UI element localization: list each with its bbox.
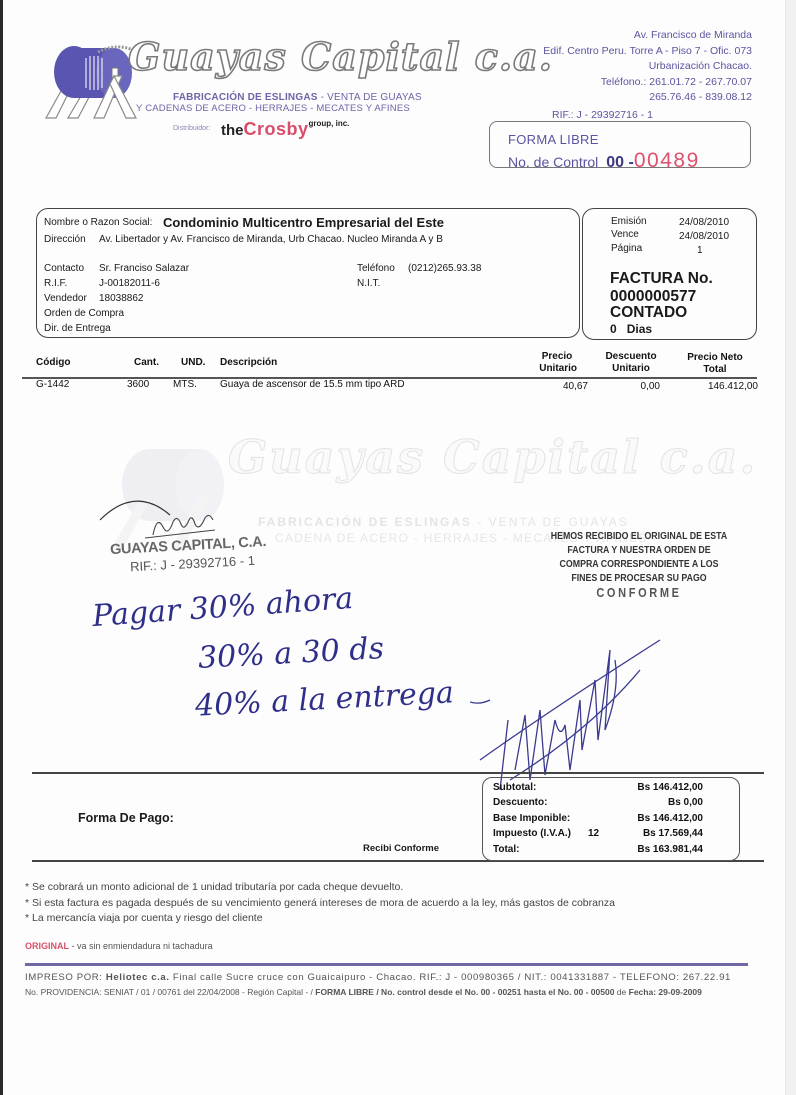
seller-value: 18038862 [99, 293, 144, 304]
discount-row: Descuento: Bs 0,00 [493, 797, 703, 808]
total-label: Total: [493, 844, 519, 855]
discount-label: Descuento: [493, 797, 547, 808]
row-qty: 3600 [127, 379, 149, 390]
control-number-box: FORMA LIBRE No. de Control00 -00489 [489, 121, 751, 168]
seller-label: Vendedor [44, 293, 87, 304]
watermark-logo-text: Guayas Capital c.a. [228, 430, 757, 484]
crosby-the: the [221, 122, 244, 139]
tax-value: Bs 17.569,44 [643, 828, 703, 839]
company-tagline: FABRICACIÓN DE ESLINGAS - VENTA DE GUAYA… [173, 92, 422, 103]
scan-edge-left [0, 0, 3, 1095]
order-label: Orden de Compra [44, 308, 124, 319]
credit-days: 0 Dias [610, 322, 652, 336]
distributor-label: Distribuidor: [173, 125, 210, 132]
crosby-name: Crosby [244, 119, 309, 139]
tax-rate: 12 [588, 828, 599, 839]
ack-line: FACTURA Y NUESTRA ORDEN DE [537, 544, 741, 558]
control-prefix: 00 - [606, 154, 634, 171]
col-net-line2: Total [680, 364, 750, 376]
col-net-total: Precio Neto Total [680, 352, 750, 376]
col-unit-price-line1: Precio [537, 351, 577, 363]
acknowledgement-stamp: HEMOS RECIBIDO EL ORIGINAL DE ESTA FACTU… [537, 530, 741, 600]
control-value: 00489 [634, 149, 700, 172]
customer-name: Condominio Multicentro Empresarial del E… [163, 215, 444, 230]
ack-line: FINES DE PROCESAR SU PAGO [537, 572, 741, 586]
company-logo-text: Guayas Capital c.a. [128, 34, 553, 79]
row-unit-price: 40,67 [520, 381, 588, 392]
address-line: Teléfono.: 261.01.72 - 267.70.07 [543, 75, 752, 91]
subtotal-row: Subtotal: Bs 146.412,00 [493, 782, 703, 793]
totals-top-rule [32, 772, 764, 774]
handwritten-line: Pagar 30% ahora [91, 581, 354, 634]
rif-label: R.I.F. [44, 278, 67, 289]
providencia-info: No. PROVIDENCIA: SENIAT / 01 / 00761 del… [25, 987, 702, 997]
days-value: 0 [610, 322, 617, 336]
address-label: Dirección [44, 234, 86, 245]
control-label: No. de Control [508, 154, 598, 170]
taxable-value: Bs 146.412,00 [637, 813, 703, 824]
note-line: * Se cobrará un monto adicional de 1 uni… [25, 880, 615, 896]
footer-rule [25, 963, 748, 966]
total-row: Total: Bs 163.981,44 [493, 844, 703, 855]
col-description: Descripción [220, 357, 277, 368]
original-text: - va sin enmiendadura ni tachadura [69, 941, 213, 951]
tax-label: Impuesto (I.V.A.) [493, 828, 571, 839]
footer-control-range: / No. control desde el No. 00 - 00251 ha… [374, 987, 614, 997]
page-label: Página [611, 243, 642, 254]
row-discount: 0,00 [600, 381, 660, 392]
discount-value: Bs 0,00 [668, 797, 703, 808]
taxable-row: Base Imponible: Bs 146.412,00 [493, 813, 703, 824]
row-unit: MTS. [173, 379, 197, 390]
due-date: 24/08/2010 [679, 231, 729, 242]
col-code: Código [36, 357, 70, 368]
company-rif: RIF.: J - 29392716 - 1 [552, 109, 653, 121]
watermark-tagline-rest: - VENTA DE GUAYAS [472, 515, 629, 529]
payment-method-label: Forma De Pago: [78, 811, 174, 825]
ack-line: HEMOS RECIBIDO EL ORIGINAL DE ESTA [537, 530, 741, 544]
address-line: Urbanización Chacao. [543, 59, 752, 75]
col-discount: Descuento Unitario [601, 351, 661, 375]
ack-line: COMPRA CORRESPONDIENTE A LOS [537, 558, 741, 572]
issue-date: 24/08/2010 [679, 217, 729, 228]
original-notice: ORIGINAL - va sin enmiendadura ni tachad… [25, 941, 213, 951]
customer-name-label: Nombre o Razon Social: [44, 217, 152, 228]
handwritten-line: 40% a la entrega [194, 675, 454, 724]
ack-conforme: CONFORME [537, 586, 741, 600]
note-line: * La mercancía viaja por cuenta y riesgo… [25, 911, 615, 927]
address-line: Av. Francisco de Miranda [543, 28, 752, 44]
crosby-logo: theCrosbygroup, inc. [221, 119, 349, 140]
subtotal-label: Subtotal: [493, 782, 536, 793]
buyer-signature-icon [470, 630, 670, 800]
col-unit-price-line2: Unitario [537, 363, 577, 375]
footer-forma-libre: FORMA LIBRE [315, 987, 374, 997]
row-code: G-1442 [36, 379, 69, 390]
crosby-suffix: group, inc. [309, 119, 350, 128]
days-label: Dias [627, 322, 652, 336]
providencia-text: No. PROVIDENCIA: SENIAT / 01 / 00761 del… [25, 987, 315, 997]
taxable-label: Base Imponible: [493, 813, 570, 824]
col-discount-line2: Unitario [601, 363, 661, 375]
original-label: ORIGINAL [25, 941, 69, 951]
nit-label: N.I.T. [357, 278, 380, 289]
totals-box: Subtotal: Bs 146.412,00 Descuento: Bs 0,… [482, 777, 740, 861]
company-tagline-line2: Y CADENAS DE ACERO - HERRAJES - MECATES … [136, 103, 410, 114]
received-label: Recibi Conforme [363, 843, 439, 854]
forma-libre-label: FORMA LIBRE [508, 132, 599, 147]
footer-date-prefix: de [614, 987, 628, 997]
printer-name: Heliotec c.a. [106, 972, 170, 983]
company-address: Av. Francisco de Miranda Edif. Centro Pe… [543, 28, 752, 106]
footer-date: Fecha: 29-09-2009 [629, 987, 702, 997]
printer-info: IMPRESO POR: Heliotec c.a. Final calle S… [25, 972, 731, 983]
watermark-tagline: FABRICACIÓN DE ESLINGAS - VENTA DE GUAYA… [258, 515, 629, 529]
col-discount-line1: Descuento [601, 351, 661, 363]
printer-details: Final calle Sucre cruce con Guaicaipuro … [170, 972, 731, 983]
tax-row: Impuesto (I.V.A.) 12 Bs 17.569,44 [493, 828, 703, 839]
subtotal-value: Bs 146.412,00 [637, 782, 703, 793]
tagline-rest: - VENTA DE GUAYAS [318, 92, 422, 103]
payment-type: CONTADO [610, 304, 687, 322]
col-unit-price: Precio Unitario [537, 351, 577, 375]
total-value: Bs 163.981,44 [637, 844, 703, 855]
terms-notes: * Se cobrará un monto adicional de 1 uni… [25, 880, 615, 927]
printed-by-label: IMPRESO POR: [25, 972, 106, 983]
col-qty: Cant. [134, 357, 159, 368]
note-line: * Si esta factura es pagada después de s… [25, 896, 615, 912]
phone-label: Teléfono [357, 263, 395, 274]
col-unit: UND. [181, 357, 205, 368]
delivery-label: Dir. de Entrega [44, 323, 111, 334]
invoice-title: FACTURA No. [610, 270, 713, 288]
watermark-tagline-bold: FABRICACIÓN DE ESLINGAS [258, 515, 472, 529]
handwritten-line: 30% a 30 ds [197, 631, 385, 676]
due-label: Vence [611, 229, 639, 240]
address-line: Edif. Centro Peru. Torre A - Piso 7 - Of… [543, 44, 752, 60]
rif-value: J-00182011-6 [99, 278, 160, 289]
phone-value: (0212)265.93.38 [408, 263, 481, 274]
row-description: Guaya de ascensor de 15.5 mm tipo ARD [220, 379, 405, 390]
col-net-line1: Precio Neto [680, 352, 750, 364]
scan-edge-right [785, 0, 796, 1095]
control-number: No. de Control00 -00489 [508, 149, 700, 173]
page-number: 1 [697, 245, 703, 256]
contact-value: Sr. Franciso Salazar [99, 263, 189, 274]
address-line: 265.76.46 - 839.08.12 [543, 90, 752, 106]
row-net-total: 146.412,00 [670, 381, 758, 392]
contact-label: Contacto [44, 263, 84, 274]
customer-address: Av. Libertador y Av. Francisco de Mirand… [99, 234, 443, 245]
tagline-bold: FABRICACIÓN DE ESLINGAS [173, 92, 318, 103]
issue-label: Emisión [611, 216, 647, 227]
